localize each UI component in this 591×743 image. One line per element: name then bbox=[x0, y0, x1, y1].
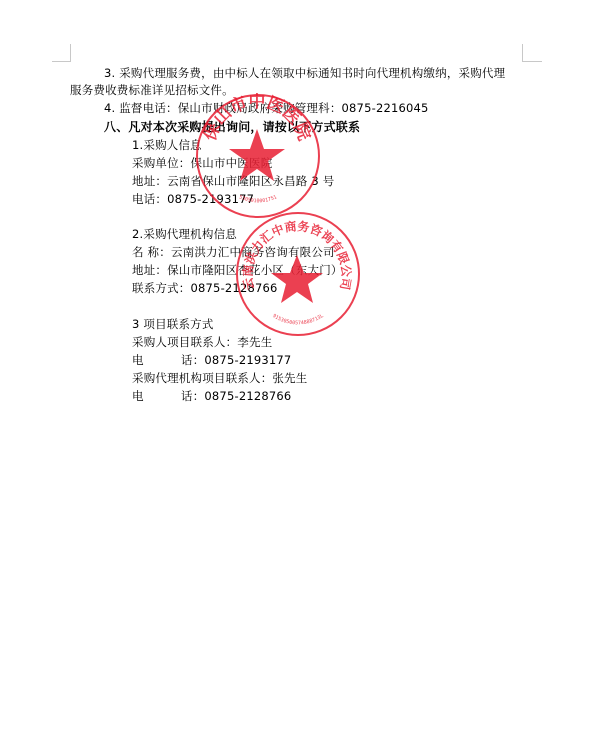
page-corner-mark-left bbox=[52, 44, 71, 62]
paragraph-4-supervision-phone: 4. 监督电话：保山市财政局政府采购管理科：0875-2216045 bbox=[104, 100, 429, 116]
section-heading: 八、凡对本次采购提出询问，请按以下方式联系 bbox=[104, 119, 360, 135]
agency-address: 地址：保山市隆阳区杏花小区（东大门） bbox=[132, 262, 343, 278]
agency-project-phone: 话：0875-2128766 bbox=[181, 388, 291, 404]
agency-info-title: 2.采购代理机构信息 bbox=[132, 226, 237, 242]
svg-text:91530500574888713L: 91530500574888713L bbox=[271, 313, 324, 326]
page-corner-mark-right bbox=[522, 44, 542, 62]
agency-contact: 联系方式：0875-2128766 bbox=[132, 280, 278, 296]
agency-project-contact: 采购代理机构项目联系人：张先生 bbox=[132, 370, 308, 386]
project-contacts-title: 3 项目联系方式 bbox=[132, 316, 214, 332]
purchaser-project-phone: 话：0875-2193177 bbox=[181, 352, 291, 368]
paragraph-3-line-1: 3. 采购代理服务费，由中标人在领取中标通知书时向代理机构缴纳，采购代理 bbox=[104, 65, 505, 81]
purchaser-phone: 电话：0875-2193177 bbox=[132, 191, 254, 207]
paragraph-3-line-2: 服务费收费标准详见招标文件。 bbox=[70, 82, 234, 98]
purchaser-info-title: 1.采购人信息 bbox=[132, 137, 202, 153]
purchaser-project-contact: 采购人项目联系人：李先生 bbox=[132, 334, 272, 350]
agency-phone-label: 电 bbox=[132, 388, 144, 404]
purchaser-phone-label: 电 bbox=[132, 352, 144, 368]
agency-name: 名 称：云南洪力汇中商务咨询有限公司 bbox=[132, 244, 335, 260]
purchaser-unit: 采购单位：保山市中医医院 bbox=[132, 155, 272, 171]
purchaser-address: 地址：云南省保山市隆阳区永昌路 3 号 bbox=[132, 173, 334, 189]
